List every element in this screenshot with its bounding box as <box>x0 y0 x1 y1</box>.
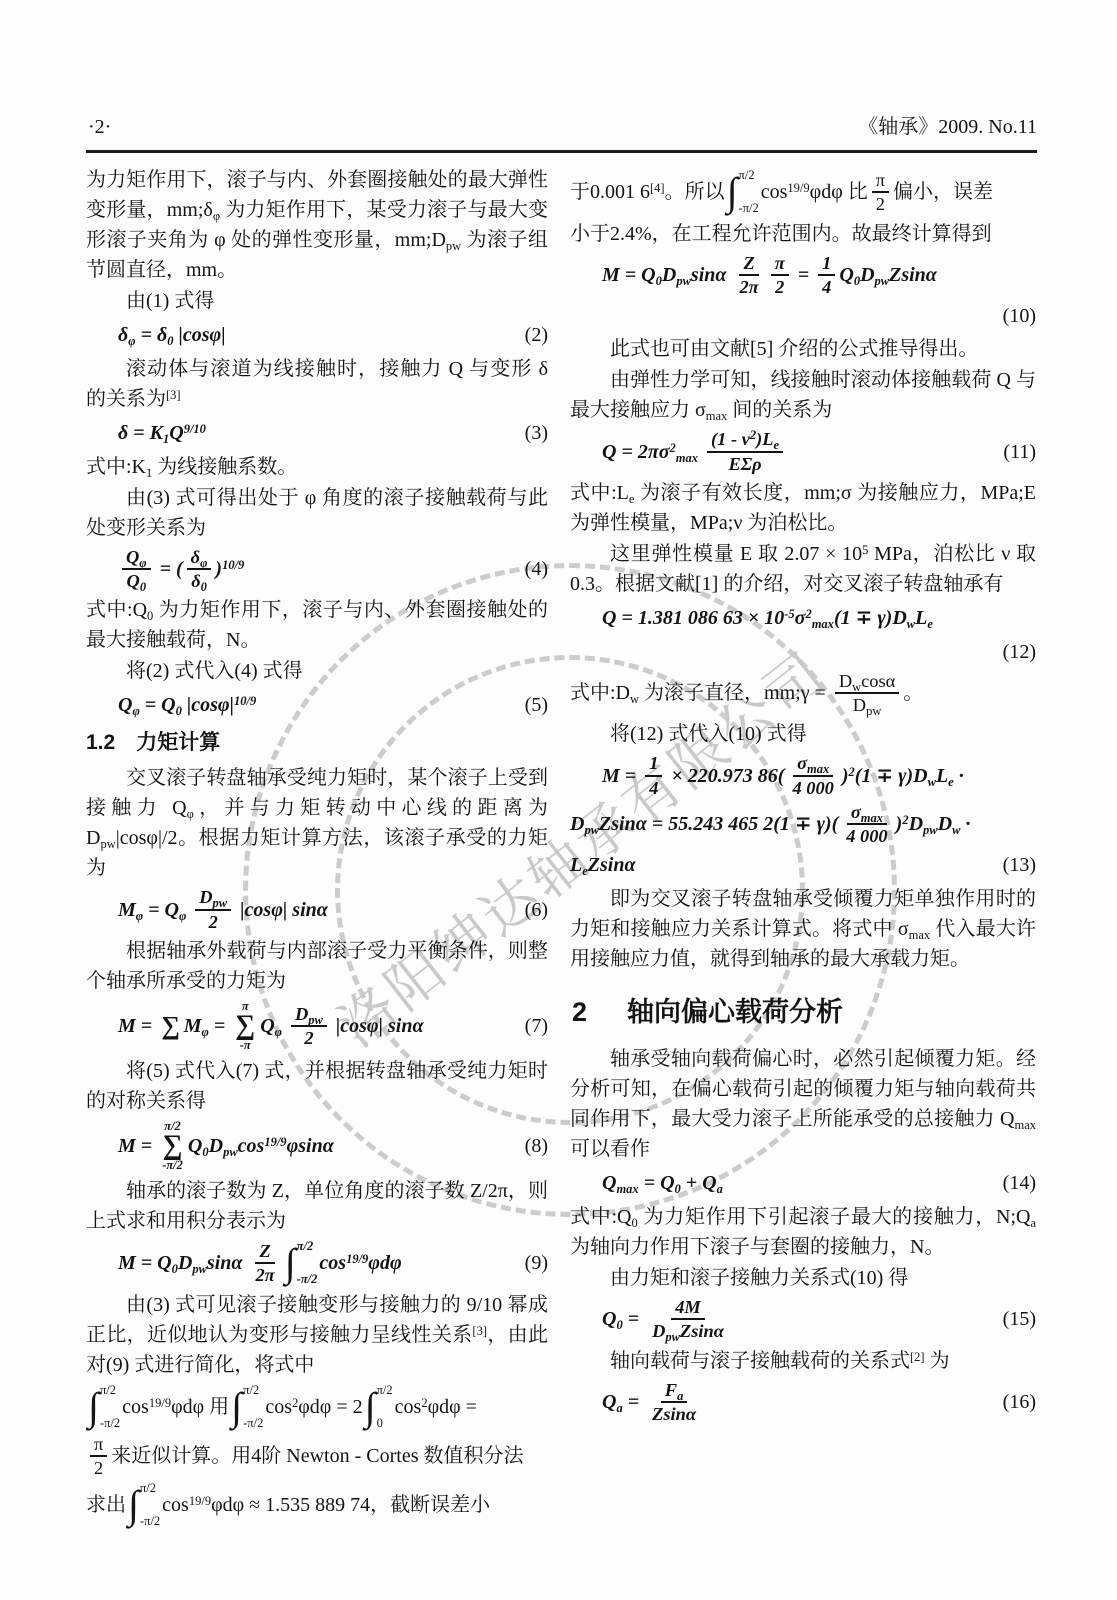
integral-symbol: ∫ π/2 -π/2 <box>231 1384 263 1430</box>
equation-number: (5) <box>525 690 548 720</box>
fraction-denominator: δ0 <box>187 570 211 591</box>
equation-12: Q = 1.381 086 63 × 10-5σ2max(1 ∓ γ)DwLe <box>570 603 1036 633</box>
math-text: cos2φdφ = 2 <box>265 1392 362 1422</box>
integral-upper-limit: π/2 <box>297 1240 318 1253</box>
equation-body: Q0Dpwcos19/9φsinα <box>188 1131 334 1161</box>
math-text: 求出 <box>86 1490 126 1520</box>
summation-lower-limit: -π <box>240 1039 251 1052</box>
paragraph: 根据轴承外载荷与内部滚子受力平衡条件，则整个轴承所承受的力矩为 <box>86 936 548 996</box>
integral-lower-limit: -π/2 <box>140 1515 160 1528</box>
fraction-denominator: 4 000 <box>788 777 837 798</box>
summation-lower-limit: -π/2 <box>162 1159 183 1172</box>
fraction-numerator: 4M <box>671 1297 705 1320</box>
fraction: Z 2π <box>251 1241 278 1285</box>
equation-body: M = <box>118 1011 157 1041</box>
paragraph: 由力矩和滚子接触力关系式(10) 得 <box>570 1263 1036 1293</box>
integral-lower-limit: -π/2 <box>243 1417 263 1430</box>
integral-symbol: ∫ π/2 -π/2 <box>88 1384 120 1430</box>
equation-body: LeZsinα <box>570 850 636 880</box>
fraction-denominator: 2 <box>872 193 889 214</box>
fraction-numerator: 1 <box>645 753 662 776</box>
equation-number: (14) <box>1003 1168 1036 1198</box>
equation-8: M = π/2 ∑ -π/2 Q0Dpwcos19/9φsinα (8) <box>86 1120 548 1172</box>
equation-body: Mφ = Qφ <box>118 895 191 925</box>
paragraph: 式中:Q0 为力矩作用下，滚子与内、外套圈接触处的最大接触载荷，N。 <box>86 595 548 655</box>
equation-11: Q = 2πσ2max (1 - ν2)Le EΣρ (11) <box>570 429 1036 473</box>
fraction-numerator: Z <box>739 253 758 276</box>
equation-13-line-3: LeZsinα (13) <box>570 850 1036 880</box>
paragraph: 式中:Le 为滚子有效长度，mm;σ 为接触应力，MPa;E 为弹性模量，MPa… <box>570 478 1036 538</box>
journal-title: 《轴承》2009. No.11 <box>858 110 1037 139</box>
equation-body: )2DpwDw · <box>896 809 971 839</box>
subsection-heading-1-2: 1.2 力矩计算 <box>86 728 548 758</box>
fraction-denominator: EΣρ <box>724 453 765 474</box>
section-title: 轴向偏心载荷分析 <box>627 996 843 1030</box>
equation-body: Qa = <box>602 1387 644 1417</box>
fraction: 1 4 <box>645 753 662 797</box>
fraction-numerator: Dpw <box>195 887 231 910</box>
paragraph: 轴承受轴向载荷偏心时，必然引起倾覆力矩。经分析可知，在偏心载荷引起的倾覆力矩与轴… <box>570 1044 1036 1164</box>
fraction-numerator: Qφ <box>122 547 151 570</box>
integral-upper-limit: π/2 <box>243 1384 263 1397</box>
integral-lower-limit: -π/2 <box>297 1273 318 1286</box>
equation-number: (15) <box>1003 1304 1036 1334</box>
equation-body: Qφ = Q0 |cosφ|10/9 <box>118 690 256 720</box>
paragraph: 交叉滚子转盘轴承受纯力矩时，某个滚子上受到接触力 Qφ，并与力矩转动中心线的距离… <box>86 763 548 883</box>
fraction-numerator: π <box>872 170 889 193</box>
equation-13-line-1: M = 1 4 × 220.973 86( σmax 4 000 )2(1 ∓ … <box>570 753 1036 797</box>
integral-lower-limit: -π/2 <box>739 202 759 215</box>
equation-body: Qmax = Q0 + Qa <box>602 1168 723 1198</box>
equation-3: δ = K1Q9/10 (3) <box>86 418 548 448</box>
equation-body: M = Q0Dpwsinα <box>118 1248 247 1278</box>
fraction-numerator: π <box>771 253 789 276</box>
fraction-denominator: Zsinα <box>648 1403 700 1424</box>
inline-math-row: ∫ π/2 -π/2 cos19/9φdφ 用 ∫ π/2 -π/2 cos2φ… <box>86 1384 548 1430</box>
integral-symbol: ∫ π/2 -π/2 <box>285 1240 318 1286</box>
paragraph: 轴承的滚子数为 Z，单位角度的滚子数 Z/2π，则上式求和用积分表示为 <box>86 1176 548 1236</box>
integral-upper-limit: π/2 <box>377 1384 393 1397</box>
equation-body: = <box>793 260 814 290</box>
integral-lower-limit: -π/2 <box>100 1417 120 1430</box>
paragraph: 小于2.4%，在工程允许范围内。故最终计算得到 <box>570 219 1036 249</box>
equation-number: (9) <box>525 1248 548 1278</box>
fraction-denominator: Dpw <box>849 694 886 715</box>
equation-body: δ = K1Q9/10 <box>118 418 206 448</box>
fraction-numerator: σmax <box>793 753 833 776</box>
equation-body: )10/9 <box>215 554 244 584</box>
fraction-numerator: Z <box>255 1241 274 1264</box>
paragraph: 轴向载荷与滚子接触载荷的关系式[2] 为 <box>570 1346 1036 1376</box>
equation-number: (6) <box>525 895 548 925</box>
paragraph: 将(2) 式代入(4) 式得 <box>86 656 548 686</box>
equation-body: δφ = δ0 |cosφ| <box>118 320 226 350</box>
fraction: σmax 4 000 <box>788 753 837 797</box>
equation-13-line-2: DpwZsinα = 55.243 465 2(1 ∓ γ)( σmax 4 0… <box>570 802 1036 846</box>
summation-symbol: ∑ <box>161 1011 180 1041</box>
fraction: σmax 4 000 <box>842 802 891 846</box>
equation-body: = ( <box>155 554 183 584</box>
math-text: 偏小，误差 <box>893 177 993 207</box>
paragraph: 式中:K1 为线接触系数。 <box>86 452 548 482</box>
header-rule <box>86 150 1037 153</box>
fraction: π 2 <box>771 253 789 297</box>
fraction: Z 2π <box>735 253 762 297</box>
equation-body: |cosφ| sinα <box>235 895 328 925</box>
equation-body: Q = 1.381 086 63 × 10-5σ2max(1 ∓ γ)DwLe <box>602 603 933 633</box>
fraction-denominator: Q0 <box>123 570 151 591</box>
fraction-denominator: 2 <box>300 1027 317 1048</box>
math-text: 。 <box>903 678 923 708</box>
paragraph: 将(5) 式代入(7) 式，并根据转盘轴承受纯力矩时的对称关系得 <box>86 1056 548 1116</box>
right-column: 于0.001 6[4]。所以 ∫ π/2 -π/2 cos19/9φdφ 比 π… <box>570 165 1036 1428</box>
fraction-numerator: Dpw <box>291 1004 327 1027</box>
fraction-denominator: 4 <box>645 777 662 798</box>
equation-number: (7) <box>525 1011 548 1041</box>
fraction-numerator: Fa <box>661 1380 688 1403</box>
inline-math-row: 于0.001 6[4]。所以 ∫ π/2 -π/2 cos19/9φdφ 比 π… <box>570 169 1036 215</box>
left-column: 为力矩作用下，滚子与内、外套圈接触处的最大弹性变形量，mm;δφ 为力矩作用下，… <box>86 165 548 1532</box>
equation-9: M = Q0Dpwsinα Z 2π ∫ π/2 -π/2 cos19/9φdφ… <box>86 1240 548 1286</box>
inline-math-row: π 2 来近似计算。用4阶 Newton - Cortes 数值积分法 <box>86 1434 548 1478</box>
equation-body: M = Q0Dpwsinα <box>602 260 731 290</box>
integral-symbol: ∫ π/2 -π/2 <box>727 169 759 215</box>
math-text: cos2φdφ = <box>395 1392 477 1422</box>
math-text: cos19/9φdφ 比 <box>761 177 868 207</box>
equation-number: (12) <box>570 637 1036 667</box>
equation-number: (10) <box>570 301 1036 331</box>
fraction-numerator: 1 <box>818 253 835 276</box>
fraction-denominator: 2 <box>205 911 222 932</box>
fraction-denominator: 4 <box>818 276 835 297</box>
fraction: 4M DpwZsinα <box>648 1297 728 1341</box>
equation-body: M = <box>602 761 641 791</box>
fraction: Qφ Q0 <box>122 547 151 591</box>
equation-body: DpwZsinα = 55.243 465 2(1 ∓ γ)( <box>570 809 838 839</box>
fraction-denominator: 4 000 <box>842 825 891 846</box>
equation-10: M = Q0Dpwsinα Z 2π π 2 = 1 4 Q0DpwZsinα <box>570 253 1036 297</box>
paragraph: 式中:Q0 为力矩作用下引起滚子最大的接触力，N;Qa 为轴向力作用下滚子与套圈… <box>570 1202 1036 1262</box>
equation-number: (16) <box>1003 1387 1036 1417</box>
equation-body: cos19/9φdφ <box>319 1248 401 1278</box>
paragraph: 由(3) 式可见滚子接触变形与接触力的 9/10 幂成正比，近似地认为变形与接触… <box>86 1290 548 1380</box>
fraction-numerator: δφ <box>187 547 212 570</box>
integral-symbol: ∫ π/2 0 <box>365 1384 393 1430</box>
equation-body: Mφ = <box>184 1011 231 1041</box>
paragraph: 即为交叉滚子转盘轴承受倾覆力矩单独作用时的力矩和接触应力关系计算式。将式中 σm… <box>570 884 1036 974</box>
integral-symbol: ∫ π/2 -π/2 <box>128 1482 160 1528</box>
paragraph: 由(3) 式可得出处于 φ 角度的滚子接触载荷与此处变形关系为 <box>86 483 548 543</box>
paragraph: 由(1) 式得 <box>86 286 548 316</box>
equation-5: Qφ = Q0 |cosφ|10/9 (5) <box>86 690 548 720</box>
inline-math-row: 式中:Dw 为滚子直径，mm;γ = Dwcosα Dpw 。 <box>570 671 1036 715</box>
equation-number: (8) <box>525 1131 548 1161</box>
math-text: 于0.001 6[4]。所以 <box>570 177 725 207</box>
equation-body: Qφ <box>260 1011 287 1041</box>
equation-body: Q0DpwZsinα <box>839 260 937 290</box>
fraction-numerator: σmax <box>847 802 887 825</box>
equation-number: (3) <box>525 418 548 448</box>
equation-body: M = <box>118 1131 157 1161</box>
integral-upper-limit: π/2 <box>140 1482 160 1495</box>
fraction-denominator: 2 <box>90 1457 107 1478</box>
fraction: δφ δ0 <box>187 547 212 591</box>
equation-number: (4) <box>525 554 548 584</box>
integral-upper-limit: π/2 <box>100 1384 120 1397</box>
equation-number: (11) <box>1003 437 1036 467</box>
fraction-denominator: 2π <box>735 276 762 297</box>
fraction-numerator: π <box>90 1434 107 1457</box>
equation-body: × 220.973 86( <box>666 761 784 791</box>
equation-2: δφ = δ0 |cosφ| (2) <box>86 320 548 350</box>
equation-number: (13) <box>1003 850 1036 880</box>
scanned-paper-page: 洛阳绅达轴承有限公司 ·2· 《轴承》2009. No.11 为力矩作用下，滚子… <box>0 0 1117 1600</box>
fraction: π 2 <box>90 1434 107 1478</box>
page-header: ·2· 《轴承》2009. No.11 <box>88 110 1037 139</box>
summation-symbol: π/2 ∑ -π/2 <box>162 1120 183 1172</box>
summation-symbol: π ∑ -π <box>235 1000 255 1052</box>
paragraph: 此式也可由文献[5] 介绍的公式推导得出。 <box>570 334 1036 364</box>
fraction-denominator: 2π <box>251 1264 278 1285</box>
fraction: 1 4 <box>818 253 835 297</box>
equation-number: (2) <box>525 320 548 350</box>
section-heading-2: 2 轴向偏心载荷分析 <box>572 996 1036 1030</box>
math-text: 来近似计算。用4阶 Newton - Cortes 数值积分法 <box>111 1441 523 1471</box>
fraction: Fa Zsinα <box>648 1380 700 1424</box>
math-text: cos19/9φdφ ≈ 1.535 889 74，截断误差小 <box>162 1490 490 1520</box>
integral-upper-limit: π/2 <box>739 169 759 182</box>
fraction-numerator: Dwcosα <box>835 671 899 694</box>
fraction-denominator: 2 <box>771 276 788 297</box>
fraction: π 2 <box>872 170 889 214</box>
fraction: Dpw 2 <box>291 1004 327 1048</box>
equation-body: |cosφ| sinα <box>331 1011 424 1041</box>
fraction: Dwcosα Dpw <box>835 671 899 715</box>
fraction: Dpw 2 <box>195 887 231 931</box>
equation-body: )2(1 ∓ γ)DwLe · <box>842 761 964 791</box>
integral-lower-limit: 0 <box>377 1417 393 1430</box>
fraction-numerator: (1 - ν2)Le <box>707 429 783 452</box>
math-text: 式中:Dw 为滚子直径，mm;γ = <box>570 678 831 708</box>
equation-7: M = ∑ Mφ = π ∑ -π Qφ Dpw 2 |cosφ| sinα (… <box>86 1000 548 1052</box>
equation-15: Q0 = 4M DpwZsinα (15) <box>570 1297 1036 1341</box>
math-text: cos19/9φdφ 用 <box>122 1392 229 1422</box>
equation-16: Qa = Fa Zsinα (16) <box>570 1380 1036 1424</box>
equation-6: Mφ = Qφ Dpw 2 |cosφ| sinα (6) <box>86 887 548 931</box>
equation-14: Qmax = Q0 + Qa (14) <box>570 1168 1036 1198</box>
paragraph: 由弹性力学可知，线接触时滚动体接触载荷 Q 与最大接触应力 σmax 间的关系为 <box>570 365 1036 425</box>
paragraph: 将(12) 式代入(10) 式得 <box>570 719 1036 749</box>
inline-math-row: 求出 ∫ π/2 -π/2 cos19/9φdφ ≈ 1.535 889 74，… <box>86 1482 548 1528</box>
section-number: 2 <box>572 996 587 1030</box>
equation-4: Qφ Q0 = ( δφ δ0 )10/9 (4) <box>86 547 548 591</box>
fraction-denominator: DpwZsinα <box>648 1320 728 1341</box>
page-number: ·2· <box>88 116 111 139</box>
paragraph: 为力矩作用下，滚子与内、外套圈接触处的最大弹性变形量，mm;δφ 为力矩作用下，… <box>86 165 548 285</box>
paragraph: 滚动体与滚道为线接触时，接触力 Q 与变形 δ 的关系为[3] <box>86 354 548 414</box>
paragraph: 这里弹性模量 E 取 2.07 × 105 MPa，泊松比 ν 取 0.3。根据… <box>570 539 1036 599</box>
fraction: (1 - ν2)Le EΣρ <box>707 429 783 473</box>
equation-body: Q = 2πσ2max <box>602 437 703 467</box>
equation-body: Q0 = <box>602 1304 644 1334</box>
